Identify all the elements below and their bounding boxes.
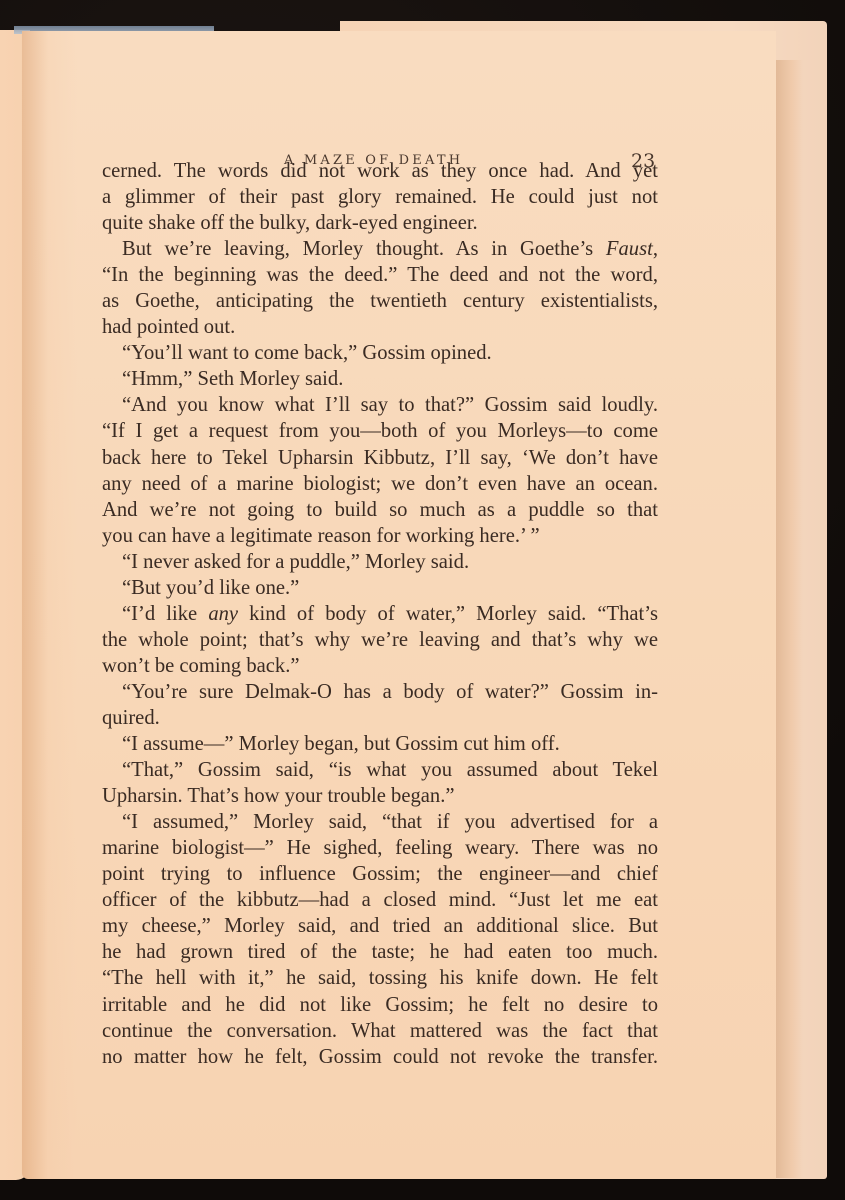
text-line: continue the conversation. What mattered… <box>102 1018 658 1044</box>
text-line: “You’ll want to come back,” Gossim opine… <box>102 340 658 366</box>
italic-emphasis: any <box>208 603 238 625</box>
text-line: the whole point; that’s why we’re leavin… <box>102 627 658 653</box>
text-line: he had grown tired of the taste; he had … <box>102 939 658 965</box>
jacket-shadow <box>775 60 803 1178</box>
text-line: my cheese,” Morley said, and tried an ad… <box>102 913 658 939</box>
text-fragment: But we’re leaving, Morley thought. As in… <box>122 238 606 260</box>
text-line: no matter how he felt, Gossim could not … <box>102 1044 658 1070</box>
text-line: “That,” Gossim said, “is what you assume… <box>102 757 658 783</box>
text-line: point trying to influence Gossim; the en… <box>102 861 658 887</box>
text-line: “I’d like any kind of body of water,” Mo… <box>102 601 658 627</box>
text-line: “I assumed,” Morley said, “that if you a… <box>102 809 658 835</box>
text-line: “If I get a request from you—both of you… <box>102 418 658 444</box>
text-fragment: kind of body of water,” Morley said. “Th… <box>238 603 658 625</box>
body-text: cerned. The words did not work as they o… <box>102 158 658 1070</box>
text-line: Upharsin. That’s how your trouble began.… <box>102 783 658 809</box>
text-line: back here to Tekel Upharsin Kibbutz, I’l… <box>102 445 658 471</box>
text-line: officer of the kibbutz—had a closed mind… <box>102 887 658 913</box>
text-line: cerned. The words did not work as they o… <box>102 158 658 184</box>
text-line: had pointed out. <box>102 314 658 340</box>
text-line: And we’re not going to build so much as … <box>102 497 658 523</box>
text-line: “Hmm,” Seth Morley said. <box>102 366 658 392</box>
text-line: “And you know what I’ll say to that?” Go… <box>102 392 658 418</box>
text-line: won’t be coming back.” <box>102 653 658 679</box>
text-line: any need of a marine biologist; we don’t… <box>102 471 658 497</box>
text-line: “In the beginning was the deed.” The dee… <box>102 262 658 288</box>
text-line: quite shake off the bulky, dark-eyed eng… <box>102 210 658 236</box>
text-line: “I assume—” Morley began, but Gossim cut… <box>102 731 658 757</box>
text-line: as Goethe, anticipating the twentieth ce… <box>102 288 658 314</box>
text-line: you can have a legitimate reason for wor… <box>102 523 658 549</box>
text-line: marine biologist—” He sighed, feeling we… <box>102 835 658 861</box>
text-line: a glimmer of their past glory remained. … <box>102 184 658 210</box>
text-line: quired. <box>102 705 658 731</box>
text-fragment: “I’d like <box>122 603 208 625</box>
text-line: “But you’d like one.” <box>102 575 658 601</box>
text-line: “I never asked for a puddle,” Morley sai… <box>102 549 658 575</box>
italic-emphasis: Faust <box>606 238 653 260</box>
book-page: A MAZE OF DEATH 23 cerned. The words did… <box>22 31 776 1179</box>
text-line: “You’re sure Delmak-O has a body of wate… <box>102 679 658 705</box>
text-line: But we’re leaving, Morley thought. As in… <box>102 236 658 262</box>
text-fragment: , <box>653 238 658 260</box>
text-line: “The hell with it,” he said, tossing his… <box>102 965 658 991</box>
text-line: irritable and he did not like Gossim; he… <box>102 992 658 1018</box>
